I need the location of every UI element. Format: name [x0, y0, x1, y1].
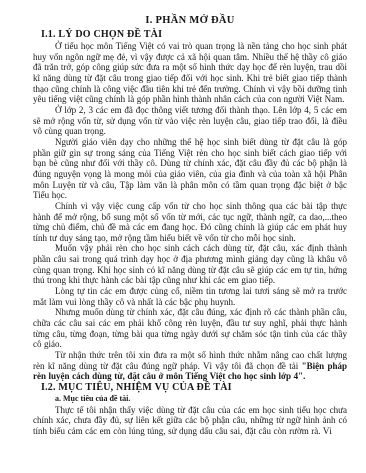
paragraph-with-thesis-title: Từ nhận thức trên tôi xin đưa ra một số …	[33, 350, 347, 382]
subsection-heading-a: a. Mục tiêu của đề tài.	[33, 394, 347, 405]
paragraph-lead-text: Từ nhận thức trên tôi xin đưa ra một số …	[33, 350, 347, 371]
section-2-body: Thực tế tôi nhận thấy việc dùng từ đặt c…	[33, 405, 347, 437]
paragraph: Nhưng muốn dùng từ chính xác, đặt câu đú…	[33, 307, 347, 350]
paragraph: Ở lớp 2, 3 các em đã đọc thông viết tươn…	[33, 105, 347, 137]
document-title: I. PHẦN MỞ ĐẦU	[33, 15, 347, 27]
paragraph: Ở tiểu học môn Tiếng Việt có vai trò qua…	[33, 41, 347, 105]
section-heading-1: I.1. LÝ DO CHỌN ĐỀ TÀI	[33, 29, 347, 41]
paragraph: Thực tế tôi nhận thấy việc dùng từ đặt c…	[33, 405, 347, 437]
paragraph: Lòng tự tin các em được củng cố, niềm ti…	[33, 286, 347, 307]
paragraph: Muốn vậy phải rèn cho học sinh cách cách…	[33, 243, 347, 286]
document-page: I. PHẦN MỞ ĐẦU I.1. LÝ DO CHỌN ĐỀ TÀI Ở …	[0, 0, 366, 473]
paragraph: Người giáo viên dạy cho những thế hệ học…	[33, 137, 347, 201]
paragraph: Chính vì vậy việc cung cấp vốn từ cho họ…	[33, 201, 347, 244]
section-heading-2: I.2. MỤC TIÊU, NHIỆM VỤ CỦA ĐỀ TÀI	[33, 382, 347, 394]
section-1-body: Ở tiểu học môn Tiếng Việt có vai trò qua…	[33, 41, 347, 382]
